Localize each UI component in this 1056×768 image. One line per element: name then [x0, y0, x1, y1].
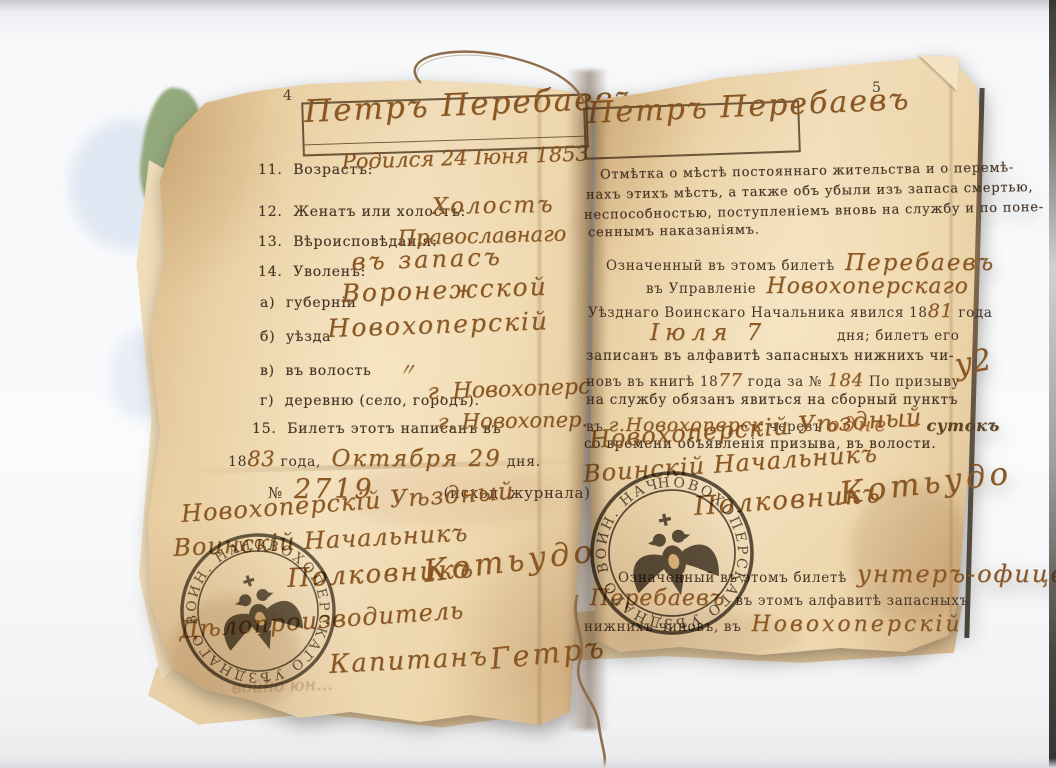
margin-flourish: у2: [952, 342, 994, 383]
date-year-hw: 83: [247, 447, 275, 471]
scan-bottom-band: [0, 758, 1056, 768]
reg-line-2: въ Управленіе Новохоперскаго: [646, 274, 969, 299]
reg-line-1: Означенный въ этомъ билетѣ Перебаевъ: [606, 250, 995, 276]
item-num: 11.: [258, 162, 283, 178]
item-num: а): [260, 295, 275, 311]
reg-l4-print: дня; билетъ его: [837, 328, 959, 344]
reg-l2-hw: Новохоперскаго: [766, 274, 968, 299]
reg-l3-suffix: года: [958, 305, 992, 321]
reg-l6-print2: года за №: [748, 374, 823, 390]
note-l2-hw: Перебаевъ: [590, 586, 725, 611]
reg-l6-hw2: 184: [827, 370, 863, 391]
right-page: 5 Петръ Перебаевъ Отмѣтка о мѣстѣ постоя…: [560, 52, 990, 667]
item-v-value: 〃: [398, 356, 416, 382]
item-num: 15.: [252, 421, 277, 437]
item-b: б) уѣзда: [260, 329, 331, 345]
faint-underpage-text: войно юн…: [231, 674, 333, 698]
scan-edge-artifact: [1049, 0, 1056, 768]
reg-l8-hw3: сутокъ: [926, 416, 1000, 435]
item-label: уѣзда: [286, 329, 331, 345]
dogear-fold: [917, 55, 959, 91]
date-line: 1883 года, Октября 29 дня.: [228, 446, 541, 472]
date-prefix: 18: [228, 454, 247, 470]
item-num: 14.: [258, 264, 283, 280]
item-num: б): [260, 329, 276, 345]
item-14: 14. Уволенъ:: [258, 264, 366, 280]
reg-l6-hw1: 77: [718, 370, 742, 391]
reg-line-4: Іюля 7 дня; билетъ его: [650, 320, 960, 346]
reg-line-5: записанъ въ алфавитѣ запасныхъ нижнихъ ч…: [586, 348, 954, 364]
reg-l1-print: Означенный въ этомъ билетѣ: [606, 258, 835, 274]
note-l3-hw: Новохоперскій: [752, 612, 963, 637]
date-word-goda: года,: [281, 454, 322, 470]
item-num: 13.: [258, 234, 283, 250]
item-14-value: въ запасъ: [351, 243, 503, 276]
date-word-dnya: дня.: [507, 454, 541, 470]
note-line-1: Означенный въ этомъ билетѣ унтеръ-офицер…: [618, 560, 1056, 588]
page-number-left: 4: [283, 88, 292, 104]
item-num: 12.: [258, 204, 283, 220]
crease-line: [536, 86, 543, 726]
reg-l3-hw: 81: [928, 300, 954, 322]
date-month-day-hw: Октября 29: [332, 446, 502, 472]
reg-l1-hw: Перебаевъ: [845, 250, 995, 276]
reg-line-3: Уѣзднаго Воинскаго Начальника явился 188…: [588, 300, 993, 322]
item-12-value: Холостъ: [432, 192, 555, 220]
note-l1-hw: унтеръ-офицеръ: [857, 560, 1056, 588]
notice-line-4: сеннымъ наказаніямъ.: [588, 223, 760, 241]
scanned-document: 4 Петръ Перебаевъ 11. Возрастъ: Родился …: [0, 0, 1056, 768]
item-v: в) въ волость: [260, 363, 372, 379]
item-num: в): [260, 363, 275, 379]
item-label: въ волость: [285, 363, 371, 379]
reg-l3-print: Уѣзднаго Воинскаго Начальника явился 18: [588, 305, 928, 321]
reg-l6-print3: По призыву: [869, 374, 960, 390]
reg-line-6: новъ въ книгѣ 1877 года за № 184 По приз…: [586, 370, 960, 391]
note-line-2: Перебаевъ въ этомъ алфавитѣ запасныхъ: [590, 586, 969, 611]
note-l1-print: Означенный въ этомъ билетѣ: [618, 570, 847, 586]
reg-l2-print: въ Управленіе: [646, 281, 757, 297]
note-line-3: нижнихъ чиновъ, въ Новохоперскій: [584, 612, 963, 637]
note-l2-print: въ этомъ алфавитѣ запасныхъ: [735, 593, 969, 609]
reg-l4-hw: Іюля 7: [650, 320, 767, 346]
binding-gutter-shadow: [566, 70, 608, 730]
left-page: 4 Петръ Перебаевъ 11. Возрастъ: Родился …: [140, 76, 595, 731]
item-num: г): [260, 393, 274, 409]
